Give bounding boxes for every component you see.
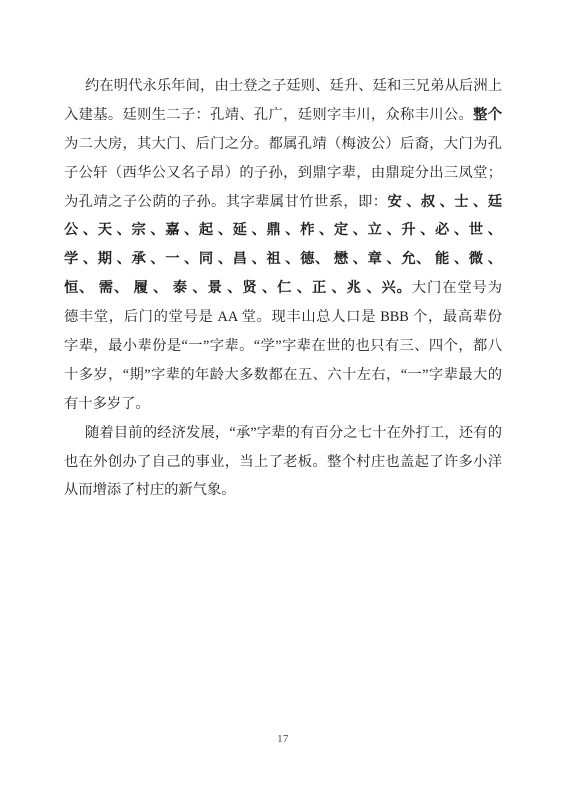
generation-names-text: 学 、期 、承 、一 、同 、昌 、祖 、德、 懋 、章 、允、 能 、微 、 — [64, 251, 502, 267]
text-line: 德丰堂，后门的堂号是 AA 堂。现丰山总人口是 BBB 个，最高辈份是“学” — [64, 303, 502, 332]
text-line: 从而增添了村庄的新气象。 — [64, 476, 502, 505]
body-text: 十多岁，“期”字辈的年龄大多数都在五、六十左右，“一”字辈最大的 — [64, 367, 502, 383]
text-line: 公 、天 、宗 、嘉 、起 、延 、鼎 、柞 、定 、立 、升 、必 、世 、 — [64, 216, 502, 245]
body-text: 有十多岁了。 — [64, 396, 150, 412]
text-line: 随着目前的经济发展，“承”字辈的有百分之七十在外打工，还有的 — [64, 419, 502, 448]
text-line: 有十多岁了。 — [64, 390, 502, 419]
body-text: 为二大房，其大门、后门之分。都属孔靖（梅波公）后裔，大门为孔靖之 — [64, 136, 502, 159]
generation-names-text: 恒、 需、 履 、 泰 、景 、贤 、仁 、正 、兆 、兴。 — [64, 280, 412, 296]
text-line: 子公轩（西华公又名子昂）的子孙，到鼎字辈，由鼎琔分出三凤堂；后门 — [64, 159, 502, 188]
text-line: 为孔靖之子公荫的子孙。其字辈属甘竹世系，即：安 、叔 、士 、廷 、 — [64, 188, 502, 217]
body-text: 字辈，最小辈份是“一”字辈。“学”字辈在世的也只有三、四个，都八 — [64, 338, 502, 354]
body-text: 也在外创办了自己的事业，当上了老板。整个村庄也盖起了许多小洋房， — [64, 454, 502, 477]
text-line: 入建基。廷则生二子：孔靖、孔广，廷则字丰川，众称丰川公。整个村分 — [64, 101, 502, 130]
body-text: 约在明代永乐年间，由士登之子廷则、廷升、廷和三兄弟从后洲上迁 — [64, 78, 502, 101]
body-text: 德丰堂，后门的堂号是 AA 堂。现丰山总人口是 BBB 个，最高辈份是“学” — [64, 309, 502, 332]
text-line: 字辈，最小辈份是“一”字辈。“学”字辈在世的也只有三、四个，都八 — [64, 332, 502, 361]
page-number: 17 — [0, 734, 566, 745]
text-line: 也在外创办了自己的事业，当上了老板。整个村庄也盖起了许多小洋房， — [64, 448, 502, 477]
body-text: 子公轩（西华公又名子昂）的子孙，到鼎字辈，由鼎琔分出三凤堂；后门 — [64, 165, 502, 188]
body-text: 从而增添了村庄的新气象。 — [64, 482, 236, 498]
body-text: 随着目前的经济发展，“承”字辈的有百分之七十在外打工，还有的 — [85, 425, 502, 441]
text-line: 为二大房，其大门、后门之分。都属孔靖（梅波公）后裔，大门为孔靖之 — [64, 130, 502, 159]
text-line: 约在明代永乐年间，由士登之子廷则、廷升、廷和三兄弟从后洲上迁 — [64, 72, 502, 101]
text-line: 十多岁，“期”字辈的年龄大多数都在五、六十左右，“一”字辈最大的 — [64, 361, 502, 390]
body-text: 为孔靖之子公荫的子孙。其字辈属甘竹世系，即： — [64, 194, 388, 210]
document-body: 约在明代永乐年间，由士登之子廷则、廷升、廷和三兄弟从后洲上迁入建基。廷则生二子：… — [64, 72, 502, 505]
text-line: 恒、 需、 履 、 泰 、景 、贤 、仁 、正 、兆 、兴。大门在堂号为 — [64, 274, 502, 303]
body-text: 入建基。廷则生二子：孔靖、孔广，廷则字丰川，众称丰川公。 — [64, 107, 473, 123]
generation-names-text: 公 、天 、宗 、嘉 、起 、延 、鼎 、柞 、定 、立 、升 、必 、世 、 — [64, 222, 502, 238]
body-text: 大门在堂号为 — [412, 280, 502, 296]
document-page: 约在明代永乐年间，由士登之子廷则、廷升、廷和三兄弟从后洲上迁入建基。廷则生二子：… — [0, 0, 566, 800]
text-line: 学 、期 、承 、一 、同 、昌 、祖 、德、 懋 、章 、允、 能 、微 、 — [64, 245, 502, 274]
